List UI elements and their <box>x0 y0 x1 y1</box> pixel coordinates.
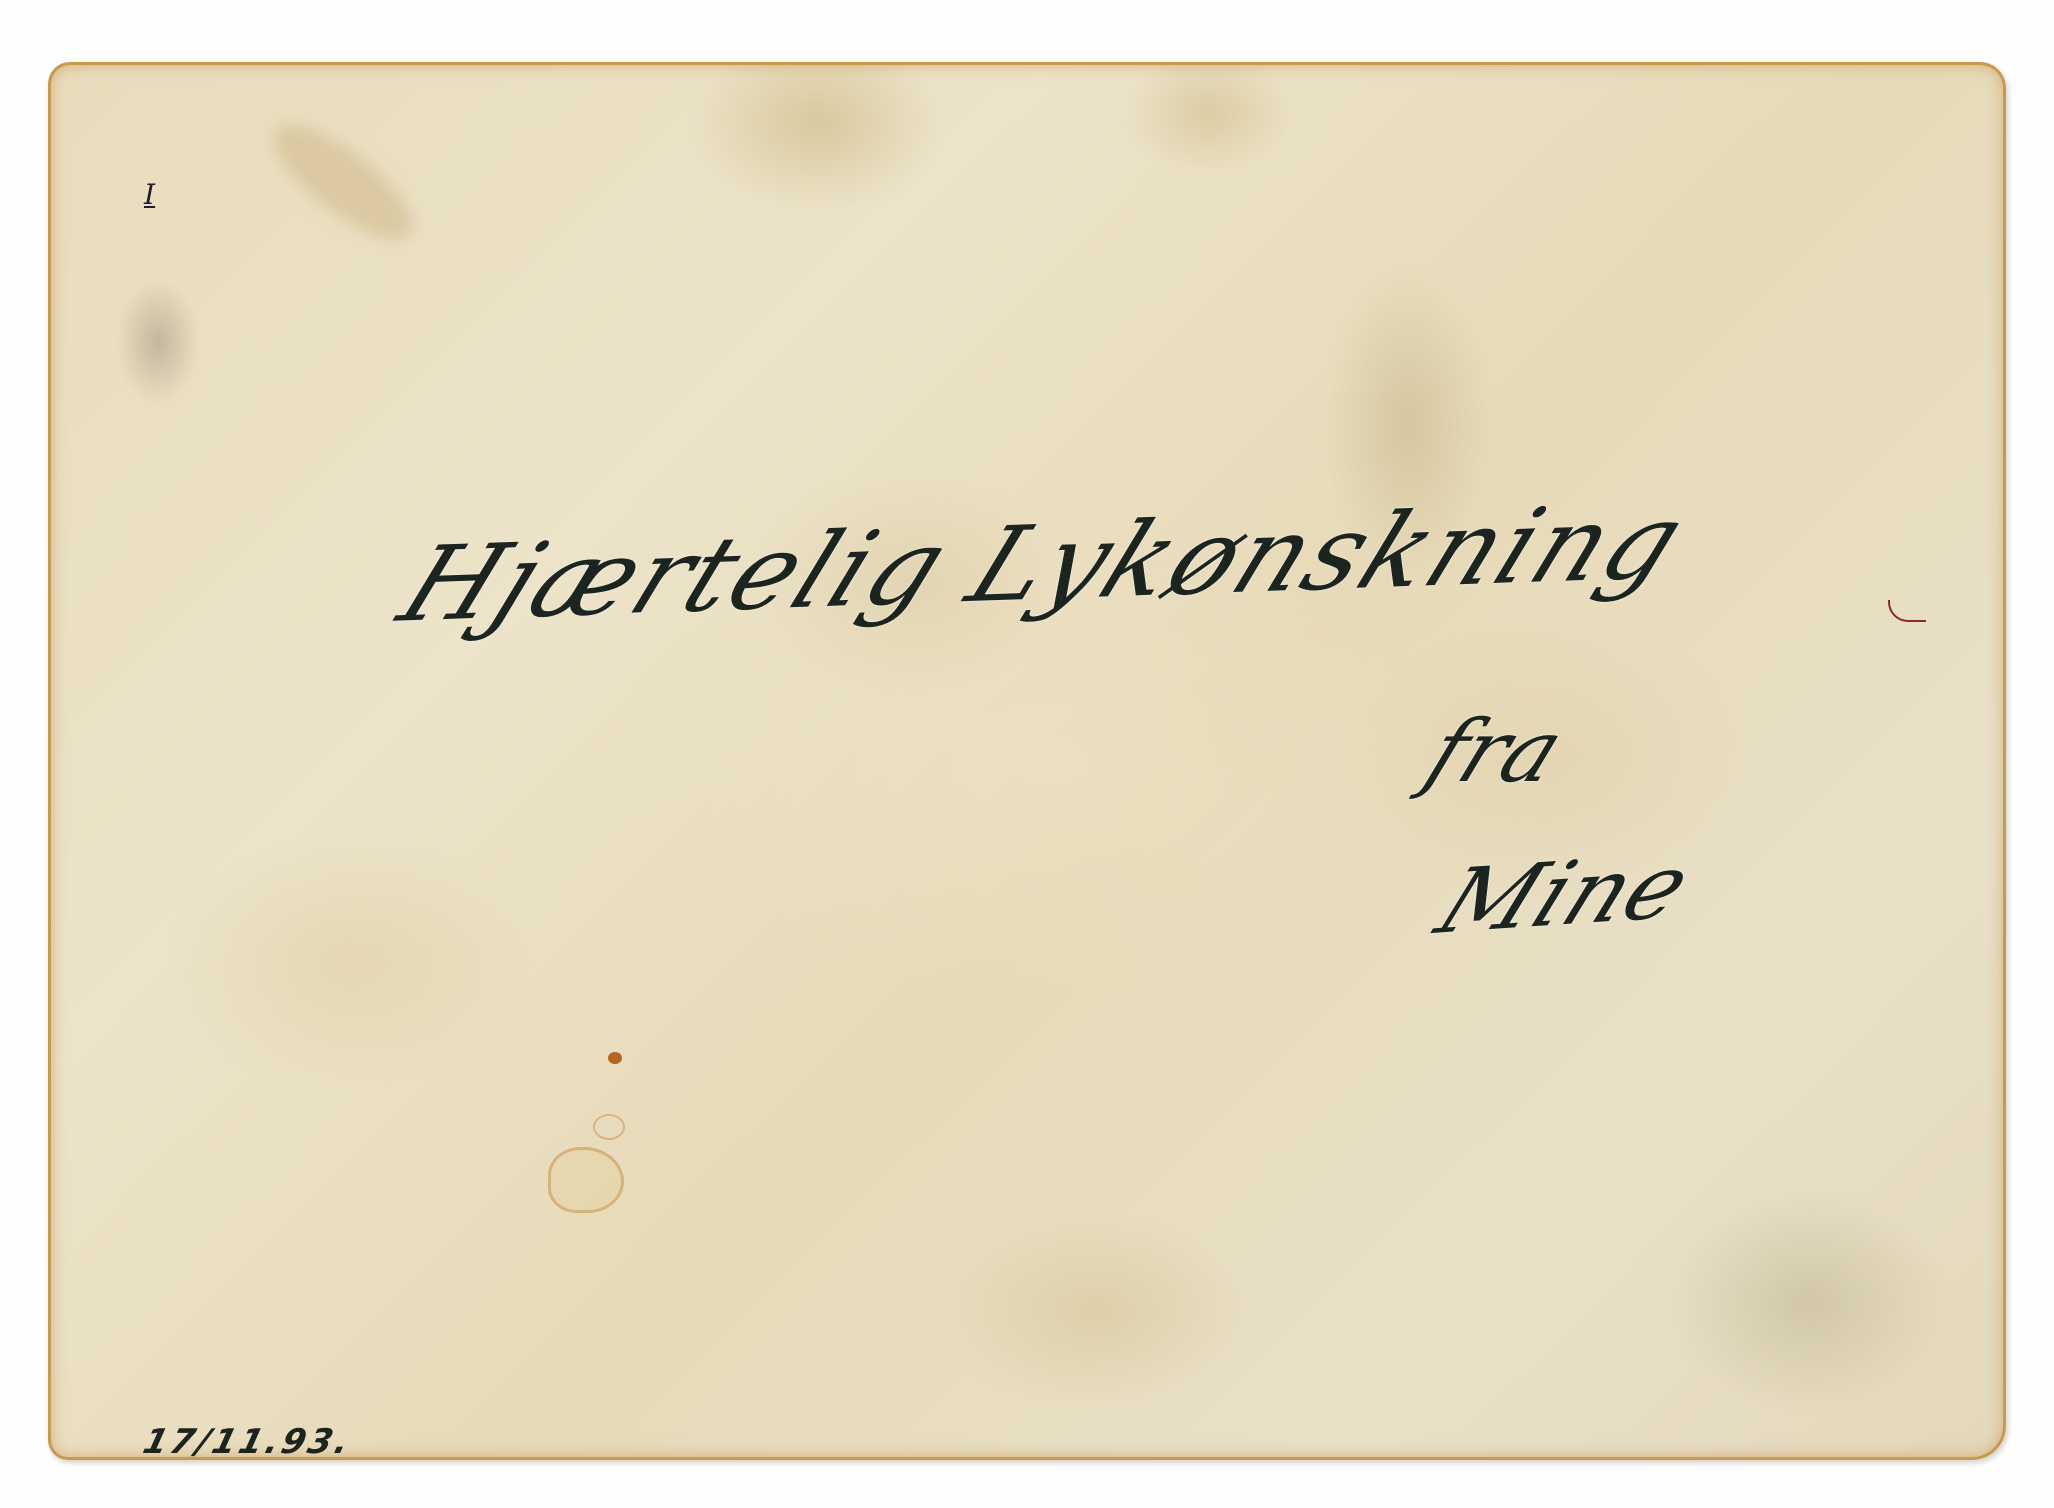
corner-mark: I <box>144 178 155 211</box>
card: I Hjærtelig Lykønskning fra Mine 17/11.9… <box>48 62 2006 1460</box>
date-text: 17/11.93. <box>139 1422 356 1462</box>
signature: Mine <box>1422 834 1705 955</box>
stain-mark <box>608 1052 622 1064</box>
stain-mark <box>548 1147 624 1213</box>
greeting-text: Hjærtelig Lykønskning <box>384 480 1703 646</box>
from-label: fra <box>1413 702 1578 802</box>
stain-mark <box>593 1114 625 1140</box>
stain-mark <box>258 106 429 258</box>
scan-background: I Hjærtelig Lykønskning fra Mine 17/11.9… <box>0 0 2054 1508</box>
thread-fiber <box>1888 600 1926 622</box>
